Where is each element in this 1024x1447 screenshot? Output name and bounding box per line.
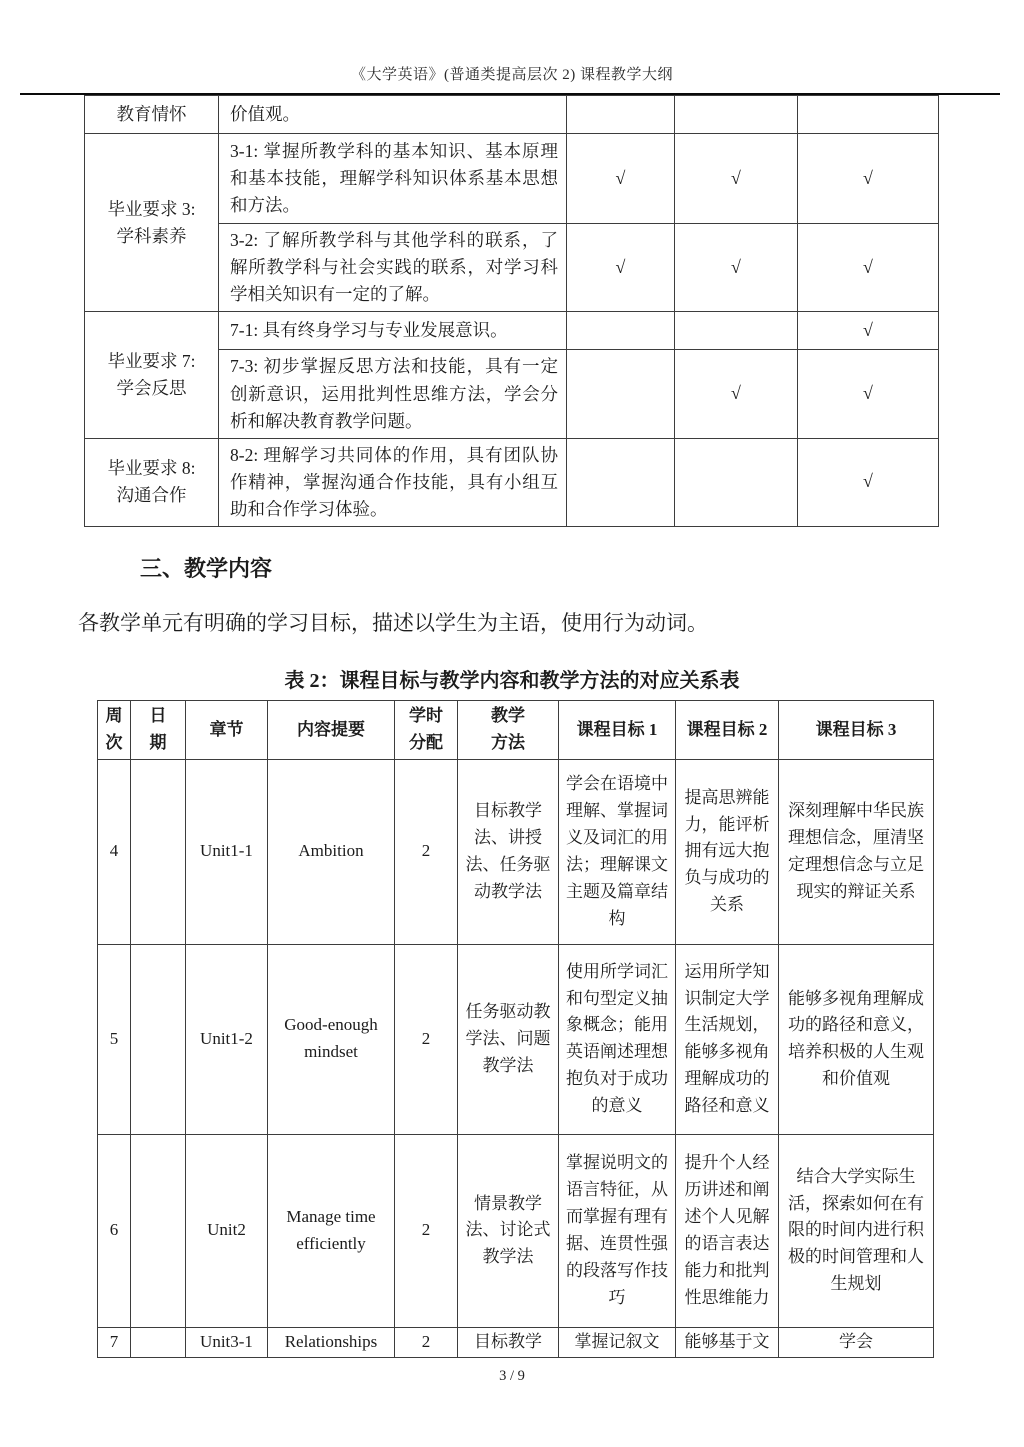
cell-chapter: Unit2 [186, 1134, 268, 1327]
cell-date [131, 1327, 186, 1357]
table-row: 4 Unit1-1 Ambition 2 目标教学法、讲授法、任务驱动教学法 学… [98, 759, 934, 944]
table-row: 毕业要求 7: 学会反思 7-1: 具有终身学习与专业发展意识。 √ [85, 312, 939, 350]
table2-title: 表 2：课程目标与教学内容和教学方法的对应关系表 [0, 664, 1024, 693]
col-header-method: 教学 方法 [458, 701, 559, 760]
cell-goal2: 提升个人经历讲述和阐述个人见解的语言表达能力和批判性思维能力 [676, 1134, 779, 1327]
cell-goal1-mark [567, 312, 675, 350]
cell-indicator: 3-2: 了解所教学科与其他学科的联系，了解所教学科与社会实践的联系，对学习科学… [219, 224, 567, 312]
cell-method: 目标教学法、讲授法、任务驱动教学法 [458, 759, 559, 944]
schedule-table: 周 次 日 期 章节 内容提要 学时 分配 教学 方法 课程目标 1 课程目标 … [97, 700, 934, 1358]
cell-summary: Manage time efficiently [268, 1134, 395, 1327]
cell-requirement-group: 毕业要求 3: 学科素养 [85, 134, 219, 312]
cell-goal2: 运用所学知识制定大学生活规划，能够多视角理解成功的路径和意义 [676, 944, 779, 1134]
cell-chapter: Unit1-2 [186, 944, 268, 1134]
table-row: 教育情怀 价值观。 [85, 96, 939, 134]
cell-indicator: 价值观。 [219, 96, 567, 134]
cell-goal1-mark [567, 96, 675, 134]
table-row: 毕业要求 3: 学科素养 3-1: 掌握所教学科的基本知识、基本原理和基本技能，… [85, 134, 939, 224]
col-header-summary: 内容提要 [268, 701, 395, 760]
cell-goal1: 掌握说明文的语言特征，从而掌握有理有据、连贯性强的段落写作技巧 [559, 1134, 676, 1327]
cell-summary: Good-enough mindset [268, 944, 395, 1134]
col-header-week: 周 次 [98, 701, 131, 760]
cell-indicator: 7-1: 具有终身学习与专业发展意识。 [219, 312, 567, 350]
cell-goal1-mark: √ [567, 224, 675, 312]
cell-goal2-mark: √ [675, 350, 798, 438]
table-header-row: 周 次 日 期 章节 内容提要 学时 分配 教学 方法 课程目标 1 课程目标 … [98, 701, 934, 760]
cell-goal3-mark: √ [798, 438, 939, 526]
table-row: 毕业要求 8: 沟通合作 8-2: 理解学习共同体的作用，具有团队协作精神，掌握… [85, 438, 939, 526]
col-header-goal2: 课程目标 2 [676, 701, 779, 760]
cell-date [131, 1134, 186, 1327]
cell-chapter: Unit3-1 [186, 1327, 268, 1357]
col-header-goal1: 课程目标 1 [559, 701, 676, 760]
cell-goal3-mark [798, 96, 939, 134]
cell-goal3-mark: √ [798, 134, 939, 224]
cell-goal3-mark: √ [798, 350, 939, 438]
cell-week: 6 [98, 1134, 131, 1327]
cell-method: 任务驱动教学法、问题教学法 [458, 944, 559, 1134]
cell-hours: 2 [395, 1327, 458, 1357]
cell-goal1-mark [567, 438, 675, 526]
cell-method: 情景教学法、讨论式教学法 [458, 1134, 559, 1327]
col-header-chapter: 章节 [186, 701, 268, 760]
col-header-date: 日 期 [131, 701, 186, 760]
section-heading: 三、教学内容 [140, 552, 1024, 583]
cell-method: 目标教学 [458, 1327, 559, 1357]
cell-requirement-group: 毕业要求 8: 沟通合作 [85, 438, 219, 526]
intro-paragraph: 各教学单元有明确的学习目标，描述以学生为主语，使用行为动词。 [78, 607, 964, 637]
cell-goal1: 使用所学词汇和句型定义抽象概念；能用英语阐述理想抱负对于成功的意义 [559, 944, 676, 1134]
page-header-title: 《大学英语》(普通类提高层次 2) 课程教学大纲 [0, 0, 1024, 84]
graduation-requirements-table: 教育情怀 价值观。 毕业要求 3: 学科素养 3-1: 掌握所教学科的基本知识、… [84, 95, 939, 527]
document-page: 《大学英语》(普通类提高层次 2) 课程教学大纲 教育情怀 价值观。 毕业要求 … [0, 0, 1024, 1447]
cell-hours: 2 [395, 1134, 458, 1327]
cell-hours: 2 [395, 759, 458, 944]
cell-goal3: 深刻理解中华民族理想信念，厘清坚定理想信念与立足现实的辩证关系 [779, 759, 934, 944]
table-row: 5 Unit1-2 Good-enough mindset 2 任务驱动教学法、… [98, 944, 934, 1134]
cell-chapter: Unit1-1 [186, 759, 268, 944]
cell-goal2-mark [675, 438, 798, 526]
cell-goal2-mark: √ [675, 224, 798, 312]
cell-indicator: 8-2: 理解学习共同体的作用，具有团队协作精神，掌握沟通合作技能，具有小组互助… [219, 438, 567, 526]
cell-week: 7 [98, 1327, 131, 1357]
cell-goal2: 提高思辨能力，能评析拥有远大抱负与成功的关系 [676, 759, 779, 944]
cell-requirement-group: 教育情怀 [85, 96, 219, 134]
cell-goal1-mark: √ [567, 134, 675, 224]
cell-date [131, 759, 186, 944]
cell-goal2: 能够基于文 [676, 1327, 779, 1357]
page-number: 3 / 9 [0, 1368, 1024, 1385]
cell-summary: Ambition [268, 759, 395, 944]
cell-date [131, 944, 186, 1134]
cell-goal2-mark: √ [675, 134, 798, 224]
cell-goal3: 能够多视角理解成功的路径和意义，培养积极的人生观和价值观 [779, 944, 934, 1134]
cell-goal1: 学会在语境中理解、掌握词义及词汇的用法；理解课文主题及篇章结构 [559, 759, 676, 944]
cell-week: 5 [98, 944, 131, 1134]
cell-goal2-mark [675, 312, 798, 350]
cell-indicator: 7-3: 初步掌握反思方法和技能，具有一定创新意识，运用批判性思维方法，学会分析… [219, 350, 567, 438]
cell-hours: 2 [395, 944, 458, 1134]
cell-summary: Relationships [268, 1327, 395, 1357]
table-row: 6 Unit2 Manage time efficiently 2 情景教学法、… [98, 1134, 934, 1327]
cell-goal3: 学会 [779, 1327, 934, 1357]
cell-week: 4 [98, 759, 131, 944]
table-row: 7 Unit3-1 Relationships 2 目标教学 掌握记叙文 能够基… [98, 1327, 934, 1357]
col-header-hours: 学时 分配 [395, 701, 458, 760]
cell-requirement-group: 毕业要求 7: 学会反思 [85, 312, 219, 438]
cell-goal1: 掌握记叙文 [559, 1327, 676, 1357]
cell-goal3-mark: √ [798, 224, 939, 312]
cell-goal2-mark [675, 96, 798, 134]
cell-goal3: 结合大学实际生活，探索如何在有限的时间内进行积极的时间管理和人生规划 [779, 1134, 934, 1327]
cell-goal1-mark [567, 350, 675, 438]
cell-goal3-mark: √ [798, 312, 939, 350]
col-header-goal3: 课程目标 3 [779, 701, 934, 760]
cell-indicator: 3-1: 掌握所教学科的基本知识、基本原理和基本技能，理解学科知识体系基本思想和… [219, 134, 567, 224]
